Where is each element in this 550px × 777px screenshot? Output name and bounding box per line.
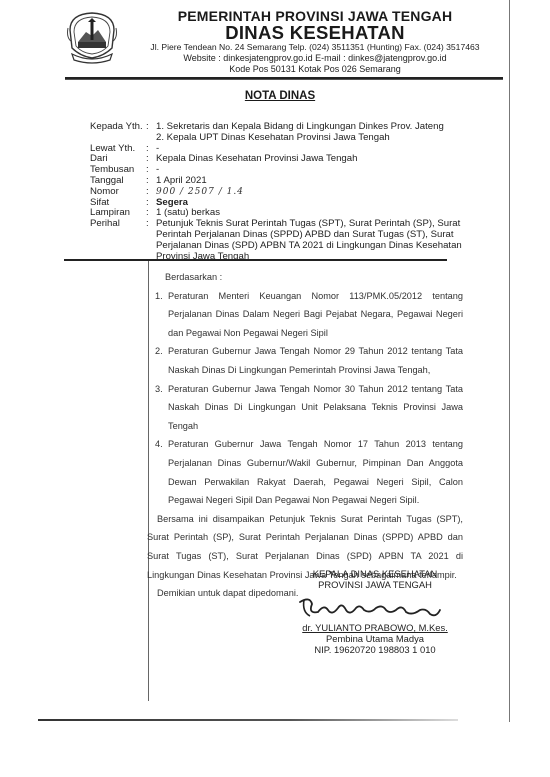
field-value: Kepala Dinas Kesehatan Provinsi Jawa Ten… [156,154,470,165]
field-label: Kepada Yth. [90,122,146,144]
agency-web-email: Website : dinkesjatengprov.go.id E-mail … [130,53,500,63]
item-number: 4. [155,435,168,509]
list-item: 1. Peraturan Menteri Keuangan Nomor 113/… [155,287,463,343]
field-nomor: Nomor : 900 / 2507 / 1.4 [90,187,470,198]
memo-body: Berdasarkan : 1. Peraturan Menteri Keuan… [155,268,463,603]
reference-list: 1. Peraturan Menteri Keuangan Nomor 113/… [155,287,463,510]
signer-nip: NIP. 19620720 198803 1 010 [290,644,460,655]
document-title: NOTA DINAS [70,90,490,102]
agency-name: DINAS KESEHATAN [130,22,500,44]
colon: : [146,122,156,144]
field-label: Perihal [90,219,146,262]
header-divider [64,259,447,261]
letterhead-divider [65,77,503,80]
field-value: Petunjuk Teknis Surat Perintah Tugas (SP… [156,219,470,262]
signer-rank: Pembina Utama Madya [290,633,460,644]
intro-text: Berdasarkan : [165,268,463,287]
item-number: 2. [155,342,168,379]
field-value: 900 / 2507 / 1.4 [156,187,470,198]
item-number: 3. [155,380,168,436]
list-item: 3. Peraturan Gubernur Jawa Tengah Nomor … [155,380,463,436]
field-value: 1. Sekretaris dan Kepala Bidang di Lingk… [156,122,470,144]
item-text: Peraturan Menteri Keuangan Nomor 113/PMK… [168,287,463,343]
handwritten-signature-icon [290,590,460,622]
footer-line [38,719,458,721]
item-text: Peraturan Gubernur Jawa Tengah Nomor 17 … [168,435,463,509]
item-text: Peraturan Gubernur Jawa Tengah Nomor 29 … [168,342,463,379]
field-kepada: Kepada Yth. : 1. Sekretaris dan Kepala B… [90,122,470,144]
provincial-emblem-icon [64,8,120,64]
list-item: 2. Peraturan Gubernur Jawa Tengah Nomor … [155,342,463,379]
item-text: Peraturan Gubernur Jawa Tengah Nomor 30 … [168,380,463,436]
page-edge-line [509,0,510,722]
memo-header-fields: Kepada Yth. : 1. Sekretaris dan Kepala B… [90,122,470,262]
signer-position-1: KEPALA DINAS KESEHATAN [290,568,460,579]
item-number: 1. [155,287,168,343]
agency-address: Jl. Piere Tendean No. 24 Semarang Telp. … [130,42,500,52]
agency-postal: Kode Pos 50131 Kotak Pos 026 Semarang [130,64,500,74]
colon: : [146,219,156,262]
margin-line [148,261,149,701]
field-perihal: Perihal : Petunjuk Teknis Surat Perintah… [90,219,470,262]
field-value: 1 April 2021 [156,176,470,187]
signer-name: dr. YULIANTO PRABOWO, M.Kes. [290,622,460,633]
signer-position-2: PROVINSI JAWA TENGAH [290,579,460,590]
recipient-2: 2. Kepala UPT Dinas Kesehatan Provinsi J… [156,133,470,144]
field-label: Nomor [90,187,146,198]
signature-block: KEPALA DINAS KESEHATAN PROVINSI JAWA TEN… [290,568,460,655]
list-item: 4. Peraturan Gubernur Jawa Tengah Nomor … [155,435,463,509]
colon: : [146,187,156,198]
